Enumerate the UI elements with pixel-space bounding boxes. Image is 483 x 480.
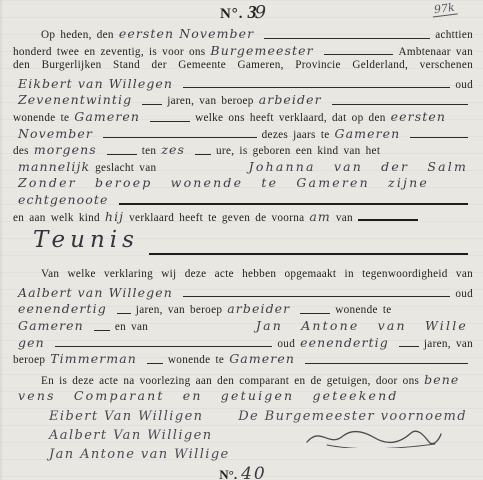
document-line: Zonder beroep wonende te Gameren zijne: [13, 175, 473, 192]
mother-name-handwritten: Johanna van der Salm: [244, 159, 473, 174]
printed-text: oud: [277, 338, 295, 350]
birth-month-handwritten: November: [13, 126, 98, 141]
act-body-paragraph: Op heden, den eersten November achttien …: [13, 26, 473, 259]
document-line: November dezes jaars te Gameren: [13, 126, 473, 143]
fill-rule: [399, 346, 419, 347]
fill-rule: [107, 154, 137, 155]
document-line: eenendertig jaren, van beroep arbeider w…: [13, 301, 473, 318]
printed-text: van: [336, 212, 353, 224]
closing-handwritten: bene: [419, 372, 464, 387]
official-title-handwritten: Burgemeester: [205, 43, 318, 58]
printed-text: Ambtenaar van: [398, 46, 473, 58]
witness2-signature: Jan Antone van Willige: [49, 447, 230, 462]
fill-rule-heavy: [119, 203, 469, 205]
declarant-age-handwritten: Zevenentwintig: [13, 92, 137, 107]
time-of-day-handwritten: morgens: [29, 142, 102, 157]
fill-rule: [55, 346, 273, 347]
fill-rule-heavy: [149, 253, 468, 255]
child-name-handwritten: Teunis: [13, 227, 144, 253]
document-line: Eikbert van Willegen oud: [13, 76, 473, 93]
document-line: den Burgerlijken Stand der Gemeente Game…: [13, 59, 473, 76]
fill-rule: [264, 38, 430, 39]
birth-record-document: 97k N°. 39 Op heden, den eersten Novembe…: [0, 0, 483, 480]
document-line: gen oud eenendertig jaren, van: [13, 335, 473, 352]
witness2-residence-handwritten: Gameren: [224, 351, 300, 366]
birth-day-handwritten: eersten: [386, 109, 451, 124]
document-line: Van welke verklaring wij deze acte hebbe…: [13, 268, 473, 285]
document-line: beroep Timmerman wonende te Gameren: [13, 351, 473, 368]
fill-rule: [324, 54, 394, 55]
signature-row: Aalbert Van Willigen: [13, 428, 473, 447]
fill-rule: [195, 154, 211, 155]
document-line: Zevenentwintig jaren, van beroep arbeide…: [13, 92, 473, 109]
burgemeester-title-handwritten: De Burgemeester voornoemd: [238, 409, 467, 424]
declarant-occupation-handwritten: arbeider: [254, 92, 327, 107]
fill-rule: [305, 363, 468, 364]
printed-text: verklaard heeft te geven de voorna: [129, 212, 304, 224]
document-line: honderd twee en zeventig, is voor ons Bu…: [13, 43, 473, 60]
fill-rule: [117, 313, 131, 314]
printed-text: welke ons heeft verklaard, dat op den: [195, 112, 386, 124]
next-act-number: N°. 40: [13, 464, 473, 480]
next-act-number-handwritten: 40: [241, 464, 267, 480]
residence-handwritten: Gameren: [69, 109, 145, 124]
printed-text: oud: [455, 288, 473, 300]
paragraph-gap: [13, 259, 473, 268]
date-handwritten: eersten November: [114, 26, 259, 41]
witness2-occupation-handwritten: Timmerman: [45, 351, 142, 366]
witness1-occupation-handwritten: arbeider: [222, 301, 295, 316]
printed-text: dezes jaars te: [262, 129, 330, 141]
mother-relation-handwritten: echtgenoote: [13, 192, 114, 207]
printed-text: geslacht van: [95, 162, 156, 174]
witness1-name-handwritten: Aalbert van Willegen: [13, 285, 178, 300]
printed-text: jaren, van: [424, 338, 473, 350]
act-number-handwritten-digit: 9: [255, 2, 266, 23]
declarant-name-handwritten: Eikbert van Willegen: [13, 76, 178, 91]
act-number-header: N°. 39: [13, 2, 473, 26]
document-line: Teunis: [13, 227, 473, 259]
fill-rule: [332, 104, 468, 105]
child-sex-handwritten: mannelijk: [13, 159, 95, 174]
witness2-name-handwritten: Jan Antone van Wille: [251, 318, 473, 333]
printed-text: En is deze acte na voorlezing aan den co…: [41, 375, 419, 387]
document-line: en aan welk kind hij verklaard heeft te …: [13, 209, 473, 226]
document-line: En is deze acte na voorlezing aan den co…: [13, 372, 473, 389]
printed-text: ure, is geboren een kind van het: [216, 145, 380, 157]
printed-text: des: [13, 145, 29, 157]
printed-text: ten: [142, 145, 157, 157]
printed-text: Op heden, den: [41, 29, 114, 41]
birth-hour-handwritten: zes: [156, 142, 190, 157]
fill-rule: [142, 104, 162, 105]
printed-text: wonende te: [335, 304, 391, 316]
document-line: Gameren en van Jan Antone van Wille: [13, 318, 473, 335]
next-act-number-label: N°.: [219, 467, 237, 480]
fill-rule: [300, 313, 330, 314]
witness1-signature: Aalbert Van Willigen: [49, 428, 212, 443]
document-line: vens Comparant en getuigen geteekend: [13, 388, 473, 405]
printed-text: jaren, van beroep: [136, 304, 222, 316]
fill-rule-heavy: [358, 219, 418, 221]
printed-text: den Burgerlijken Stand der Gemeente Game…: [13, 59, 473, 71]
signatures-block: Eibert Van Willigen De Burgemeester voor…: [13, 409, 473, 466]
printed-text: Van welke verklaring wij deze acte hebbe…: [41, 268, 473, 280]
fill-rule: [103, 137, 257, 138]
closing-handwritten: vens Comparant en getuigen geteekend: [13, 388, 404, 403]
printed-text: wonende te: [168, 354, 224, 366]
document-line: Aalbert van Willegen oud: [13, 285, 473, 302]
printed-text: jaren, van beroep: [167, 95, 253, 107]
fill-rule: [410, 137, 468, 138]
document-line: echtgenoote: [13, 192, 473, 209]
mother-details-handwritten: Zonder beroep wonende te Gameren zijne: [13, 175, 434, 190]
printed-text: beroep: [13, 354, 45, 366]
word-correction-handwritten: am: [304, 209, 336, 224]
signature-scrawl-icon: [303, 426, 443, 448]
witness2-name-continued-handwritten: gen: [13, 335, 50, 350]
pronoun-handwritten: hij: [100, 209, 129, 224]
birth-place-handwritten: Gameren: [330, 126, 406, 141]
printed-text: wonende te: [13, 112, 69, 124]
fill-rule: [150, 121, 190, 122]
printed-text: oud: [455, 79, 473, 91]
fill-rule: [183, 87, 450, 88]
document-line: mannelijk geslacht van Johanna van der S…: [13, 159, 473, 176]
printed-text: en aan welk kind: [13, 212, 100, 224]
printed-text: honderd twee en zeventig, is voor ons: [13, 46, 205, 58]
signature-row: Eibert Van Willigen De Burgemeester voor…: [13, 409, 473, 428]
document-line: wonende te Gameren welke ons heeft verkl…: [13, 109, 473, 126]
witness1-age-handwritten: eenendertig: [13, 301, 112, 316]
fill-rule: [147, 363, 163, 364]
document-line: des morgens ten zes ure, is geboren een …: [13, 142, 473, 159]
witness2-age-handwritten: eenendertig: [295, 335, 394, 350]
witness1-residence-handwritten: Gameren: [13, 318, 89, 333]
act-number-label: N°.: [220, 6, 244, 22]
declarant-signature: Eibert Van Willigen: [49, 409, 203, 424]
printed-text: achttien: [435, 29, 473, 41]
fill-rule: [94, 330, 110, 331]
closing-paragraph: En is deze acte na voorlezing aan den co…: [13, 372, 473, 405]
witnesses-paragraph: Van welke verklaring wij deze acte hebbe…: [13, 268, 473, 368]
fill-rule: [183, 296, 450, 297]
printed-text: en van: [115, 321, 148, 333]
document-line: Op heden, den eersten November achttien: [13, 26, 473, 43]
